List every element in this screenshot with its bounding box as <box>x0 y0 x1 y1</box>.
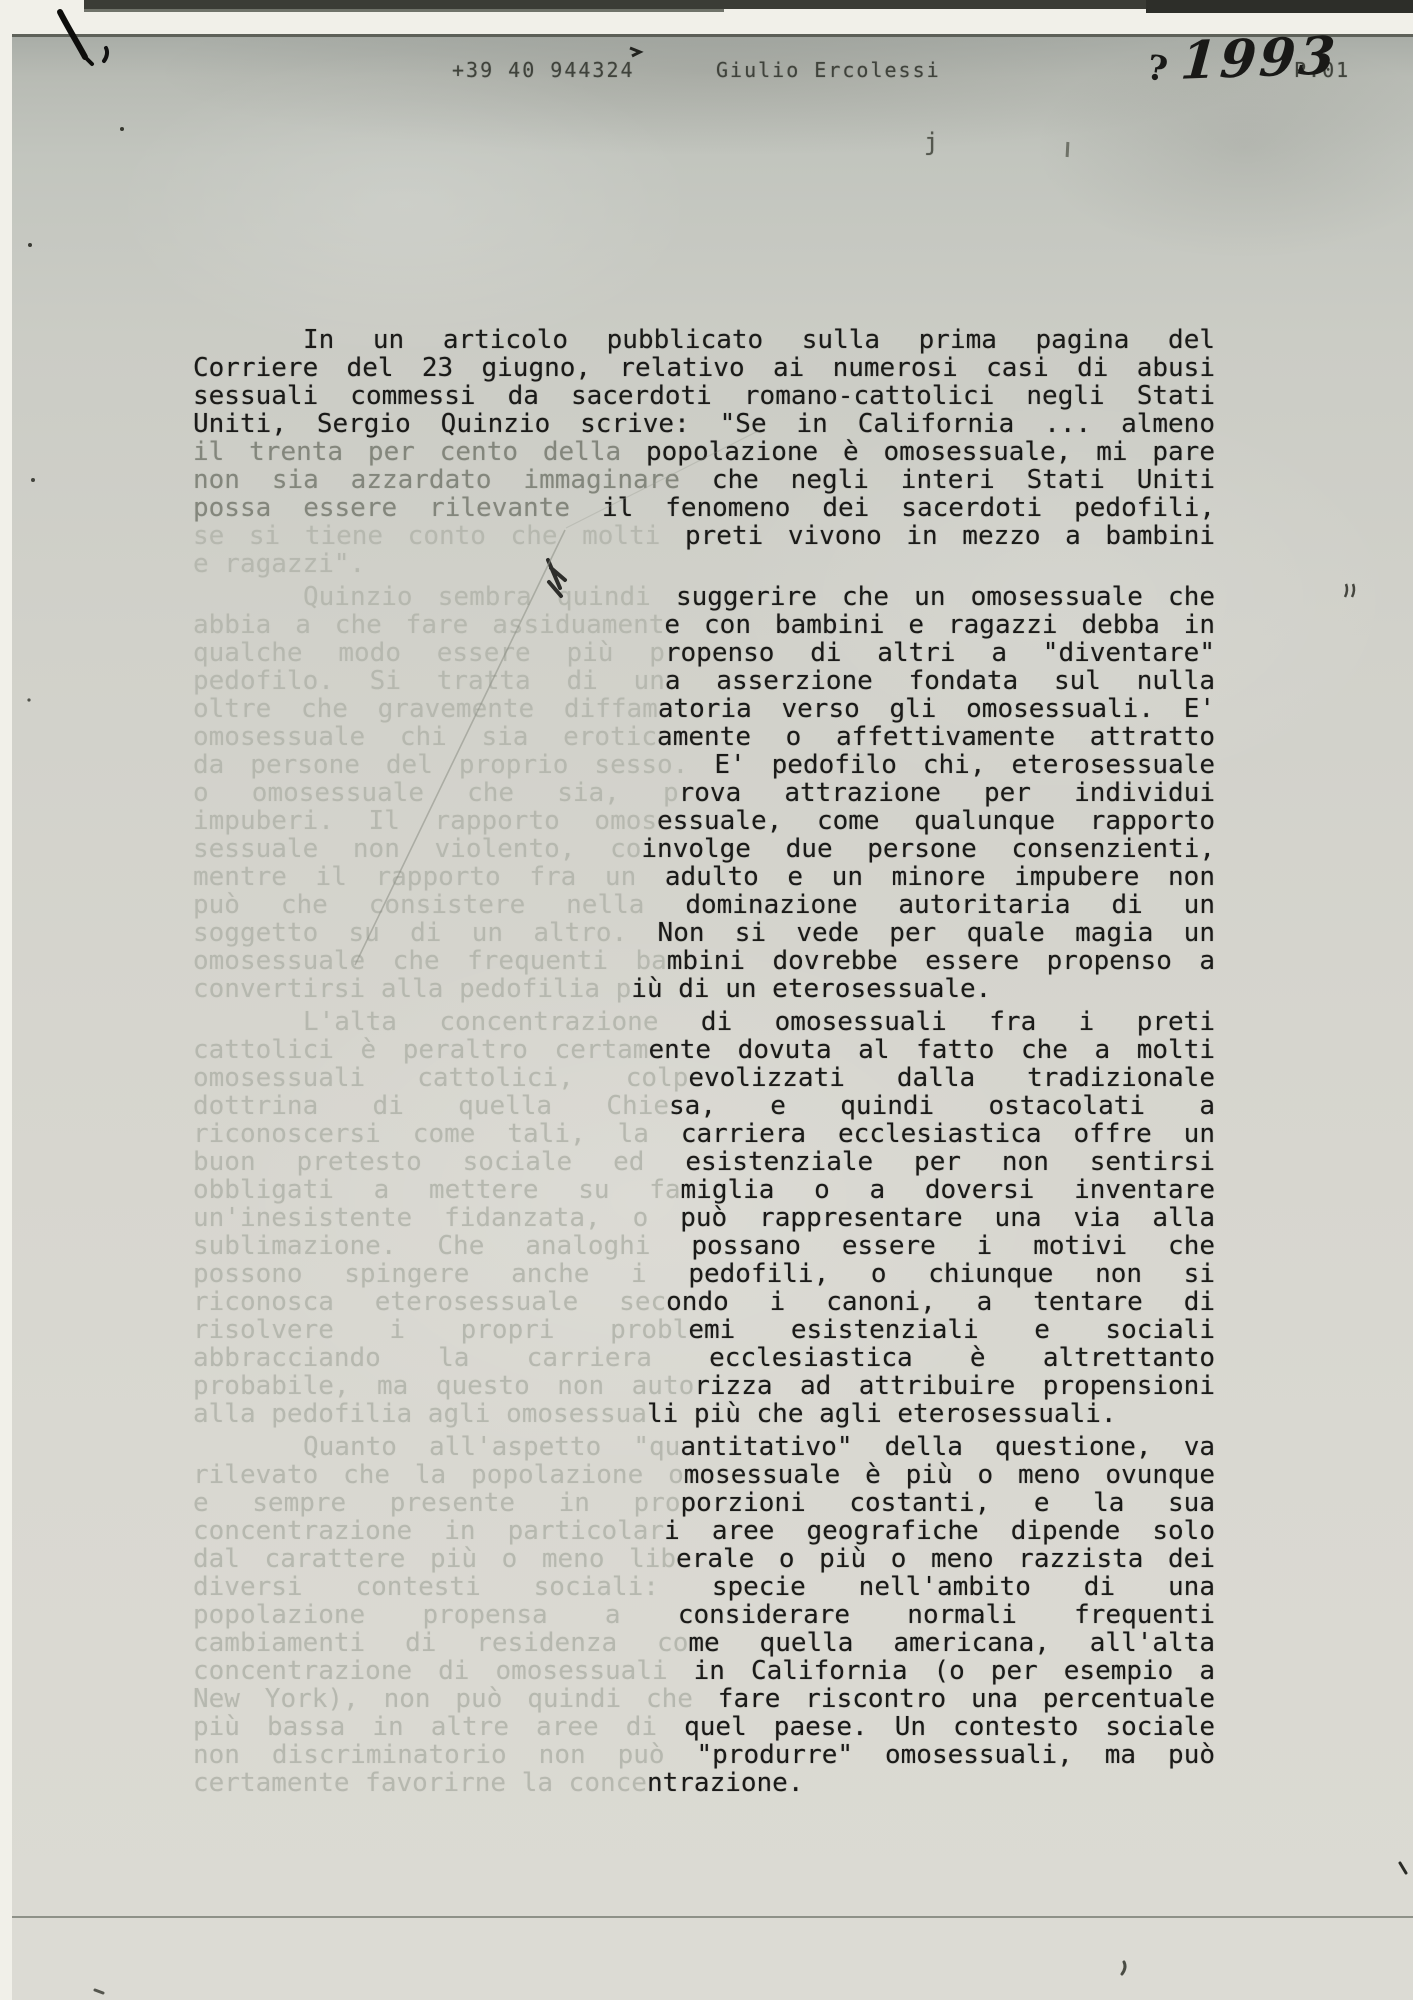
dark-text-segment: ntrazione. <box>647 1768 804 1798</box>
dark-text-segment: essuale, come qualunque rapporto <box>657 806 1215 836</box>
text-line: omosessuale che frequenti bambini dovreb… <box>193 947 1215 975</box>
handwritten-year: 1993 <box>1179 25 1340 91</box>
faded-text-segment: obbligati a mettere su fa <box>193 1175 681 1205</box>
text-line: dal carattere più o meno liberale o più … <box>193 1545 1215 1573</box>
faded-text-segment: New York), non può quindi che <box>193 1684 718 1714</box>
paragraph: Quinzio sembra quindi suggerire che un o… <box>193 583 1215 1003</box>
faded-text-segment: possono spingere anche i <box>193 1259 688 1289</box>
faded-text-segment: da persone del proprio sesso. <box>193 750 714 780</box>
text-line: cattolici è peraltro certamente dovuta a… <box>193 1036 1215 1064</box>
text-line: risolvere i propri problemi esistenziali… <box>193 1316 1215 1344</box>
dark-text-segment: adulto e un minore impubere non <box>665 862 1215 892</box>
dark-text-segment: E' pedofilo chi, eterosessuale <box>714 750 1215 780</box>
text-line: New York), non può quindi che fare risco… <box>193 1685 1215 1713</box>
dark-text-segment: Uniti, Sergio Quinzio scrive: "Se in Cal… <box>193 409 1215 439</box>
faded-text-segment: non sia azzardato immaginare <box>193 465 712 495</box>
text-line: da persone del proprio sesso. E' pedofil… <box>193 751 1215 779</box>
text-line: sessuali commessi da sacerdoti romano-ca… <box>193 382 1215 410</box>
dark-text-segment: a asserzione fondata sul nulla <box>665 666 1215 696</box>
text-line: concentrazione di omosessuali in Califor… <box>193 1657 1215 1685</box>
text-line: soggetto su di un altro. Non si vede per… <box>193 919 1215 947</box>
dark-text-segment: il fenomeno dei sacerdoti pedofili, <box>602 493 1215 523</box>
faded-text-segment: concentrazione di omosessuali <box>193 1656 694 1686</box>
text-line: abbia a che fare assiduamente con bambin… <box>193 611 1215 639</box>
text-line: impuberi. Il rapporto omosessuale, come … <box>193 807 1215 835</box>
dark-text-segment: che negli interi Stati Uniti <box>712 465 1215 495</box>
faded-text-segment: omosessuali cattolici, colp <box>193 1063 688 1093</box>
faded-text-segment: riconosca eterosessuale sec <box>193 1287 666 1317</box>
dark-text-segment: ondo i canoni, a tentare di <box>666 1287 1215 1317</box>
text-line: e ragazzi". <box>193 550 1215 578</box>
dark-text-segment: e con bambini e ragazzi debba in <box>664 610 1215 640</box>
text-line: Quinzio sembra quindi suggerire che un o… <box>193 583 1215 611</box>
dark-text-segment: amente o affettivamente attratto <box>657 722 1215 752</box>
text-line: e sempre presente in proporzioni costant… <box>193 1489 1215 1517</box>
text-line: possono spingere anche i pedofili, o chi… <box>193 1260 1215 1288</box>
text-line: possa essere rilevante il fenomeno dei s… <box>193 494 1215 522</box>
fax-scan-page: { "header": { "fax_number": "+39 40 9443… <box>0 0 1413 2000</box>
stray-letter-mark: j <box>924 128 938 156</box>
faded-text-segment: e sempre presente in pro <box>193 1488 681 1518</box>
text-line: riconosca eterosessuale secondo i canoni… <box>193 1288 1215 1316</box>
faded-text-segment: il trenta per cento della <box>193 437 646 467</box>
paragraph: L'alta concentrazione di omosessuali fra… <box>193 1008 1215 1428</box>
text-line: sessuale non violento, coinvolge due per… <box>193 835 1215 863</box>
text-line: dottrina di quella Chiesa, e quindi osta… <box>193 1092 1215 1120</box>
dark-text-segment: in California (o per esempio a <box>694 1656 1215 1686</box>
faded-text-segment: cambiamenti di residenza co <box>193 1628 688 1658</box>
faded-text-segment: convertirsi alla pedofilia p <box>193 974 631 1004</box>
dark-text-segment: considerare normali frequenti <box>678 1600 1215 1630</box>
text-line: abbracciando la carriera ecclesiastica è… <box>193 1344 1215 1372</box>
fax-sender-name: Giulio Ercolessi <box>716 58 941 82</box>
document-body: In un articolo pubblicato sulla prima pa… <box>193 326 1215 1797</box>
faded-text-segment: certamente favorirne la conce <box>193 1768 647 1798</box>
text-line: non discriminatorio non può "produrre" o… <box>193 1741 1215 1769</box>
faded-text-segment: probabile, ma questo non auto <box>193 1371 694 1401</box>
faded-text-segment: buon pretesto sociale ed <box>193 1147 685 1177</box>
text-line: Quanto all'aspetto "quantitativo" della … <box>193 1433 1215 1461</box>
faded-text-segment: rilevato che la popolazione o <box>193 1460 684 1490</box>
scan-artifact-top-strip-right <box>1146 0 1413 13</box>
text-line: alla pedofilia agli omosessuali più che … <box>193 1400 1215 1428</box>
dark-text-segment: i aree geografiche dipende solo <box>664 1516 1215 1546</box>
faded-text-segment: oltre che gravemente diffam <box>193 694 658 724</box>
dark-text-segment: di omosessuali fra i preti <box>701 1007 1215 1037</box>
dark-text-segment: antitativo" della questione, va <box>680 1432 1215 1462</box>
faded-text-segment: abbia a che fare assiduament <box>193 610 664 640</box>
text-line: omosessuale chi sia eroticamente o affet… <box>193 723 1215 751</box>
dark-text-segment: rova attrazione per individui <box>679 778 1215 808</box>
dark-text-segment: involge due persone consenzienti, <box>641 834 1215 864</box>
dark-text-segment: ropenso di altri a "diventare" <box>665 638 1215 668</box>
dark-text-segment: può rappresentare una via alla <box>680 1203 1215 1233</box>
text-line: il trenta per cento della popolazione è … <box>193 438 1215 466</box>
dark-text-segment: quel paese. Un contesto sociale <box>684 1712 1215 1742</box>
paragraph: Quanto all'aspetto "quantitativo" della … <box>193 1433 1215 1797</box>
faded-text-segment: riconoscersi come tali, la <box>193 1119 681 1149</box>
faded-text-segment: più bassa in altre aree di <box>193 1712 684 1742</box>
faded-text-segment: qualche modo essere più p <box>193 638 665 668</box>
text-line: diversi contesti sociali: specie nell'am… <box>193 1573 1215 1601</box>
paragraph: In un articolo pubblicato sulla prima pa… <box>193 326 1215 578</box>
faded-text-segment: sublimazione. Che analoghi <box>193 1231 691 1261</box>
fax-number: +39 40 944324 <box>452 58 635 82</box>
faded-text-segment: dal carattere più o meno lib <box>193 1544 676 1574</box>
dark-text-segment: Non si vede per quale magia un <box>658 918 1215 948</box>
faded-text-segment: mentre il rapporto fra un <box>193 862 665 892</box>
dark-text-segment: ente dovuta al fatto che a molti <box>648 1035 1215 1065</box>
dark-text-segment: mbini dovrebbe essere propenso a <box>667 946 1215 976</box>
faded-text-segment: popolazione propensa a <box>193 1600 678 1630</box>
text-line: qualche modo essere più propenso di altr… <box>193 639 1215 667</box>
dark-text-segment: esistenziale per non sentirsi <box>685 1147 1215 1177</box>
dark-text-segment: li più che agli eterosessuali. <box>647 1399 1117 1429</box>
dark-text-segment: atoria verso gli omosessuali. E' <box>658 694 1215 724</box>
faded-text-segment: L'alta concentrazione <box>303 1007 701 1037</box>
dark-text-segment: evolizzati dalla tradizionale <box>688 1063 1215 1093</box>
text-line: concentrazione in particolari aree geogr… <box>193 1517 1215 1545</box>
dark-text-segment: pedofili, o chiunque non si <box>688 1259 1215 1289</box>
faded-text-segment: un'inesistente fidanzata, o <box>193 1203 680 1233</box>
text-line: o omosessuale che sia, prova attrazione … <box>193 779 1215 807</box>
faded-text-segment: diversi contesti sociali: <box>193 1572 712 1602</box>
text-line: può che consistere nella dominazione aut… <box>193 891 1215 919</box>
dark-text-segment: carriera ecclesiastica offre un <box>681 1119 1215 1149</box>
faded-text-segment: o omosessuale che sia, p <box>193 778 679 808</box>
dark-text-segment: dominazione autoritaria di un <box>685 890 1215 920</box>
dark-text-segment: emi esistenziali e sociali <box>688 1315 1215 1345</box>
faded-text-segment: sessuale non violento, co <box>193 834 641 864</box>
text-line: oltre che gravemente diffamatoria verso … <box>193 695 1215 723</box>
text-line: convertirsi alla pedofilia più di un ete… <box>193 975 1215 1003</box>
faded-text-segment: omosessuale chi sia erotic <box>193 722 657 752</box>
faded-text-segment: non discriminatorio non può <box>193 1740 697 1770</box>
text-line: se si tiene conto che molti preti vivono… <box>193 522 1215 550</box>
text-line: mentre il rapporto fra un adulto e un mi… <box>193 863 1215 891</box>
faded-text-segment: soggetto su di un altro. <box>193 918 658 948</box>
dark-text-segment: specie nell'ambito di una <box>712 1572 1215 1602</box>
scan-artifact-top-strip-shadow <box>84 9 724 12</box>
dark-text-segment: ecclesiastica è altrettanto <box>709 1343 1215 1373</box>
text-line: rilevato che la popolazione omosessuale … <box>193 1461 1215 1489</box>
text-line: pedofilo. Si tratta di una asserzione fo… <box>193 667 1215 695</box>
dark-text-segment: preti vivono in mezzo a bambini <box>685 521 1215 551</box>
text-line: non sia azzardato immaginare che negli i… <box>193 466 1215 494</box>
faded-text-segment: omosessuale che frequenti ba <box>193 946 667 976</box>
faded-text-segment: impuberi. Il rapporto omos <box>193 806 657 836</box>
faded-text-segment: cattolici è peraltro certam <box>193 1035 648 1065</box>
dark-text-segment: porzioni costanti, e la sua <box>681 1488 1215 1518</box>
faded-text-segment: risolvere i propri probl <box>193 1315 688 1345</box>
dark-text-segment: iù di un eterosessuale. <box>631 974 991 1004</box>
faded-text-segment: può che consistere nella <box>193 890 685 920</box>
faded-text-segment: e ragazzi". <box>193 549 365 579</box>
dark-text-segment: rizza ad attribuire propensioni <box>694 1371 1215 1401</box>
handwritten-question-mark: ? <box>1144 48 1170 91</box>
dark-text-segment: me quella americana, all'alta <box>688 1628 1215 1658</box>
dark-text-segment: sessuali commessi da sacerdoti romano-ca… <box>193 381 1215 411</box>
text-line: probabile, ma questo non autorizza ad at… <box>193 1372 1215 1400</box>
text-line: In un articolo pubblicato sulla prima pa… <box>193 326 1215 354</box>
dark-text-segment: erale o più o meno razzista dei <box>676 1544 1215 1574</box>
faded-text-segment: pedofilo. Si tratta di un <box>193 666 665 696</box>
text-line: popolazione propensa a considerare norma… <box>193 1601 1215 1629</box>
faded-text-segment: Quinzio sembra quindi <box>303 582 676 612</box>
text-line: buon pretesto sociale ed esistenziale pe… <box>193 1148 1215 1176</box>
text-line: più bassa in altre aree di quel paese. U… <box>193 1713 1215 1741</box>
dark-text-segment: miglia o a doversi inventare <box>681 1175 1215 1205</box>
paper-bottom-edge <box>12 1916 1413 2000</box>
text-line: sublimazione. Che analoghi possano esser… <box>193 1232 1215 1260</box>
dark-text-segment: mosessuale è più o meno ovunque <box>684 1460 1215 1490</box>
text-line: Corriere del 23 giugno, relativo ai nume… <box>193 354 1215 382</box>
faded-text-segment: possa essere rilevante <box>193 493 602 523</box>
text-line: un'inesistente fidanzata, o può rapprese… <box>193 1204 1215 1232</box>
text-line: obbligati a mettere su famiglia o a dove… <box>193 1176 1215 1204</box>
dark-text-segment: fare riscontro una percentuale <box>718 1684 1215 1714</box>
dark-text-segment: sa, e quindi ostacolati a <box>669 1091 1215 1121</box>
faded-text-segment: concentrazione in particolar <box>193 1516 664 1546</box>
faded-text-segment: Quanto all'aspetto "qu <box>303 1432 680 1462</box>
text-line: L'alta concentrazione di omosessuali fra… <box>193 1008 1215 1036</box>
text-line: riconoscersi come tali, la carriera eccl… <box>193 1120 1215 1148</box>
faded-text-segment: abbracciando la carriera <box>193 1343 709 1373</box>
dark-text-segment: "produrre" omosessuali, ma può <box>697 1740 1216 1770</box>
faded-text-segment: alla pedofilia agli omosessua <box>193 1399 647 1429</box>
text-line: omosessuali cattolici, colpevolizzati da… <box>193 1064 1215 1092</box>
faded-text-segment: dottrina di quella Chie <box>193 1091 669 1121</box>
dark-text-segment: suggerire che un omosessuale che <box>676 582 1215 612</box>
dark-text-segment: popolazione è omosessuale, mi pare <box>646 437 1215 467</box>
dark-text-segment: possano essere i motivi che <box>691 1231 1215 1261</box>
faded-text-segment: se si tiene conto che molti <box>193 521 685 551</box>
text-line: Uniti, Sergio Quinzio scrive: "Se in Cal… <box>193 410 1215 438</box>
text-line: cambiamenti di residenza come quella ame… <box>193 1629 1215 1657</box>
text-line: certamente favorirne la concentrazione. <box>193 1769 1215 1797</box>
dark-text-segment: In un articolo pubblicato sulla prima pa… <box>303 325 1215 355</box>
handwritten-annotation: ? 1993 <box>1148 28 1338 89</box>
dark-text-segment: Corriere del 23 giugno, relativo ai nume… <box>193 353 1215 383</box>
